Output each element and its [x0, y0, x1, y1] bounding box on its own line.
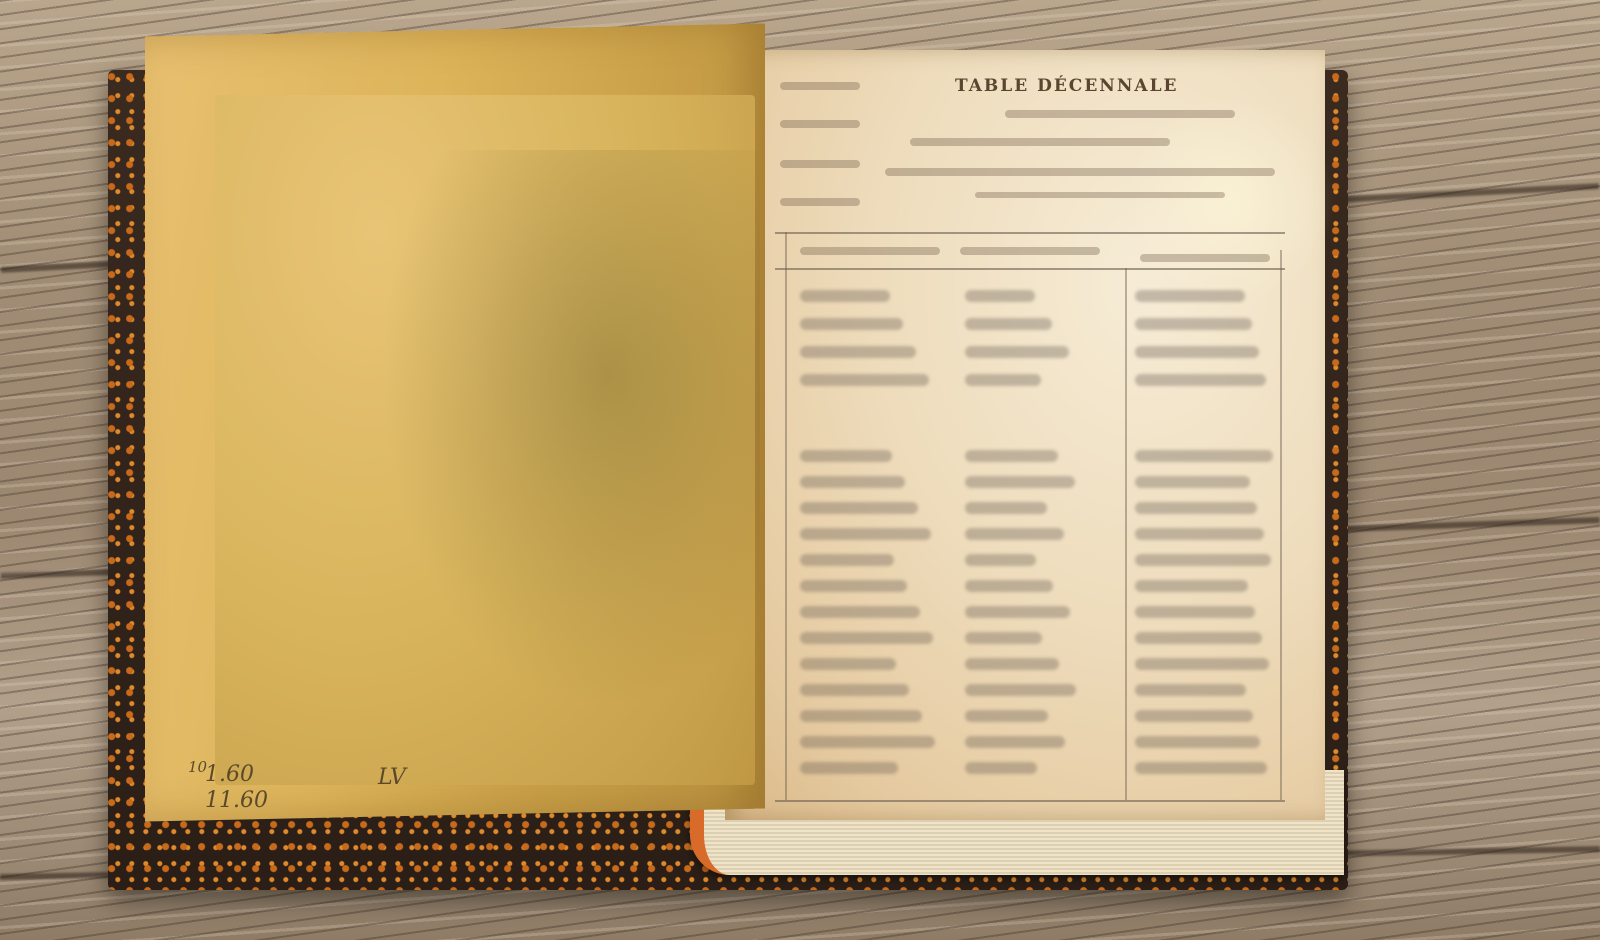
handwriting-scribble [965, 736, 1065, 748]
handwriting-scribble [1135, 450, 1273, 462]
handwriting-scribble [965, 450, 1058, 462]
handwriting-scribble [800, 290, 890, 302]
handwriting-scribble [1135, 710, 1253, 722]
form-header-line [975, 192, 1225, 198]
handwriting-scribble [1135, 476, 1250, 488]
margin-line [780, 82, 860, 90]
handwriting-scribble [1135, 554, 1271, 566]
handwriting-scribble [965, 290, 1035, 302]
handwriting-scribble [800, 580, 907, 592]
handwriting-scribble [1135, 318, 1252, 330]
handwriting-scribble [1135, 684, 1246, 696]
form-title: TABLE DÉCENNALE [955, 76, 1178, 96]
handwriting-scribble [1135, 528, 1264, 540]
handwriting-scribble [800, 346, 916, 358]
handwriting-scribble [800, 374, 929, 386]
handwriting-scribble [800, 528, 931, 540]
column-header [1140, 254, 1270, 262]
table-rule [1125, 268, 1127, 800]
handwriting-scribble [800, 632, 933, 644]
handwriting-scribble [1135, 580, 1248, 592]
handwriting-scribble [800, 762, 898, 774]
handwriting-scribble [1135, 632, 1262, 644]
table-rule [775, 232, 1285, 234]
form-header-line [885, 168, 1275, 176]
handwriting-scribble [800, 658, 896, 670]
handwriting-scribble [1135, 290, 1245, 302]
handwriting-scribble [1135, 606, 1255, 618]
form-header-line [910, 138, 1170, 146]
handwriting-scribble [1135, 346, 1259, 358]
handwriting-scribble [965, 762, 1037, 774]
handwriting-scribble [1135, 502, 1257, 514]
handwriting-scribble [800, 606, 920, 618]
handwriting-scribble [800, 318, 903, 330]
handwriting-scribble [965, 346, 1069, 358]
handwriting-scribble [800, 450, 892, 462]
handwriting-scribble [965, 318, 1052, 330]
pencil-note: LV [378, 765, 406, 790]
handwriting-scribble [965, 528, 1064, 540]
left-page-shadow [380, 150, 760, 710]
margin-line [780, 198, 860, 206]
table-rule [775, 268, 1285, 270]
table-rule [785, 232, 787, 800]
handwriting-scribble [965, 476, 1075, 488]
handwriting-scribble [965, 632, 1042, 644]
handwriting-scribble [965, 606, 1070, 618]
column-header [960, 247, 1100, 255]
pencil-note: 1.60 [205, 762, 254, 787]
handwriting-scribble [1135, 374, 1266, 386]
handwriting-scribble [800, 736, 935, 748]
table-rule [1280, 250, 1282, 800]
handwriting-scribble [800, 554, 894, 566]
handwriting-scribble [1135, 762, 1267, 774]
handwriting-scribble [965, 554, 1036, 566]
margin-line [780, 160, 860, 168]
handwriting-scribble [800, 684, 909, 696]
handwriting-scribble [965, 710, 1048, 722]
handwriting-scribble [965, 502, 1047, 514]
handwriting-scribble [800, 710, 922, 722]
handwriting-scribble [965, 580, 1053, 592]
handwriting-scribble [800, 502, 918, 514]
handwriting-scribble [800, 476, 905, 488]
handwriting-scribble [965, 658, 1059, 670]
pencil-note: 11.60 [205, 788, 268, 813]
handwriting-scribble [1135, 736, 1260, 748]
column-header [800, 247, 940, 255]
form-header-line [1005, 110, 1235, 118]
margin-line [780, 120, 860, 128]
table-rule [775, 800, 1285, 802]
handwriting-scribble [1135, 658, 1269, 670]
light-glare [1120, 100, 1340, 300]
handwriting-scribble [965, 684, 1076, 696]
handwriting-scribble [965, 374, 1041, 386]
